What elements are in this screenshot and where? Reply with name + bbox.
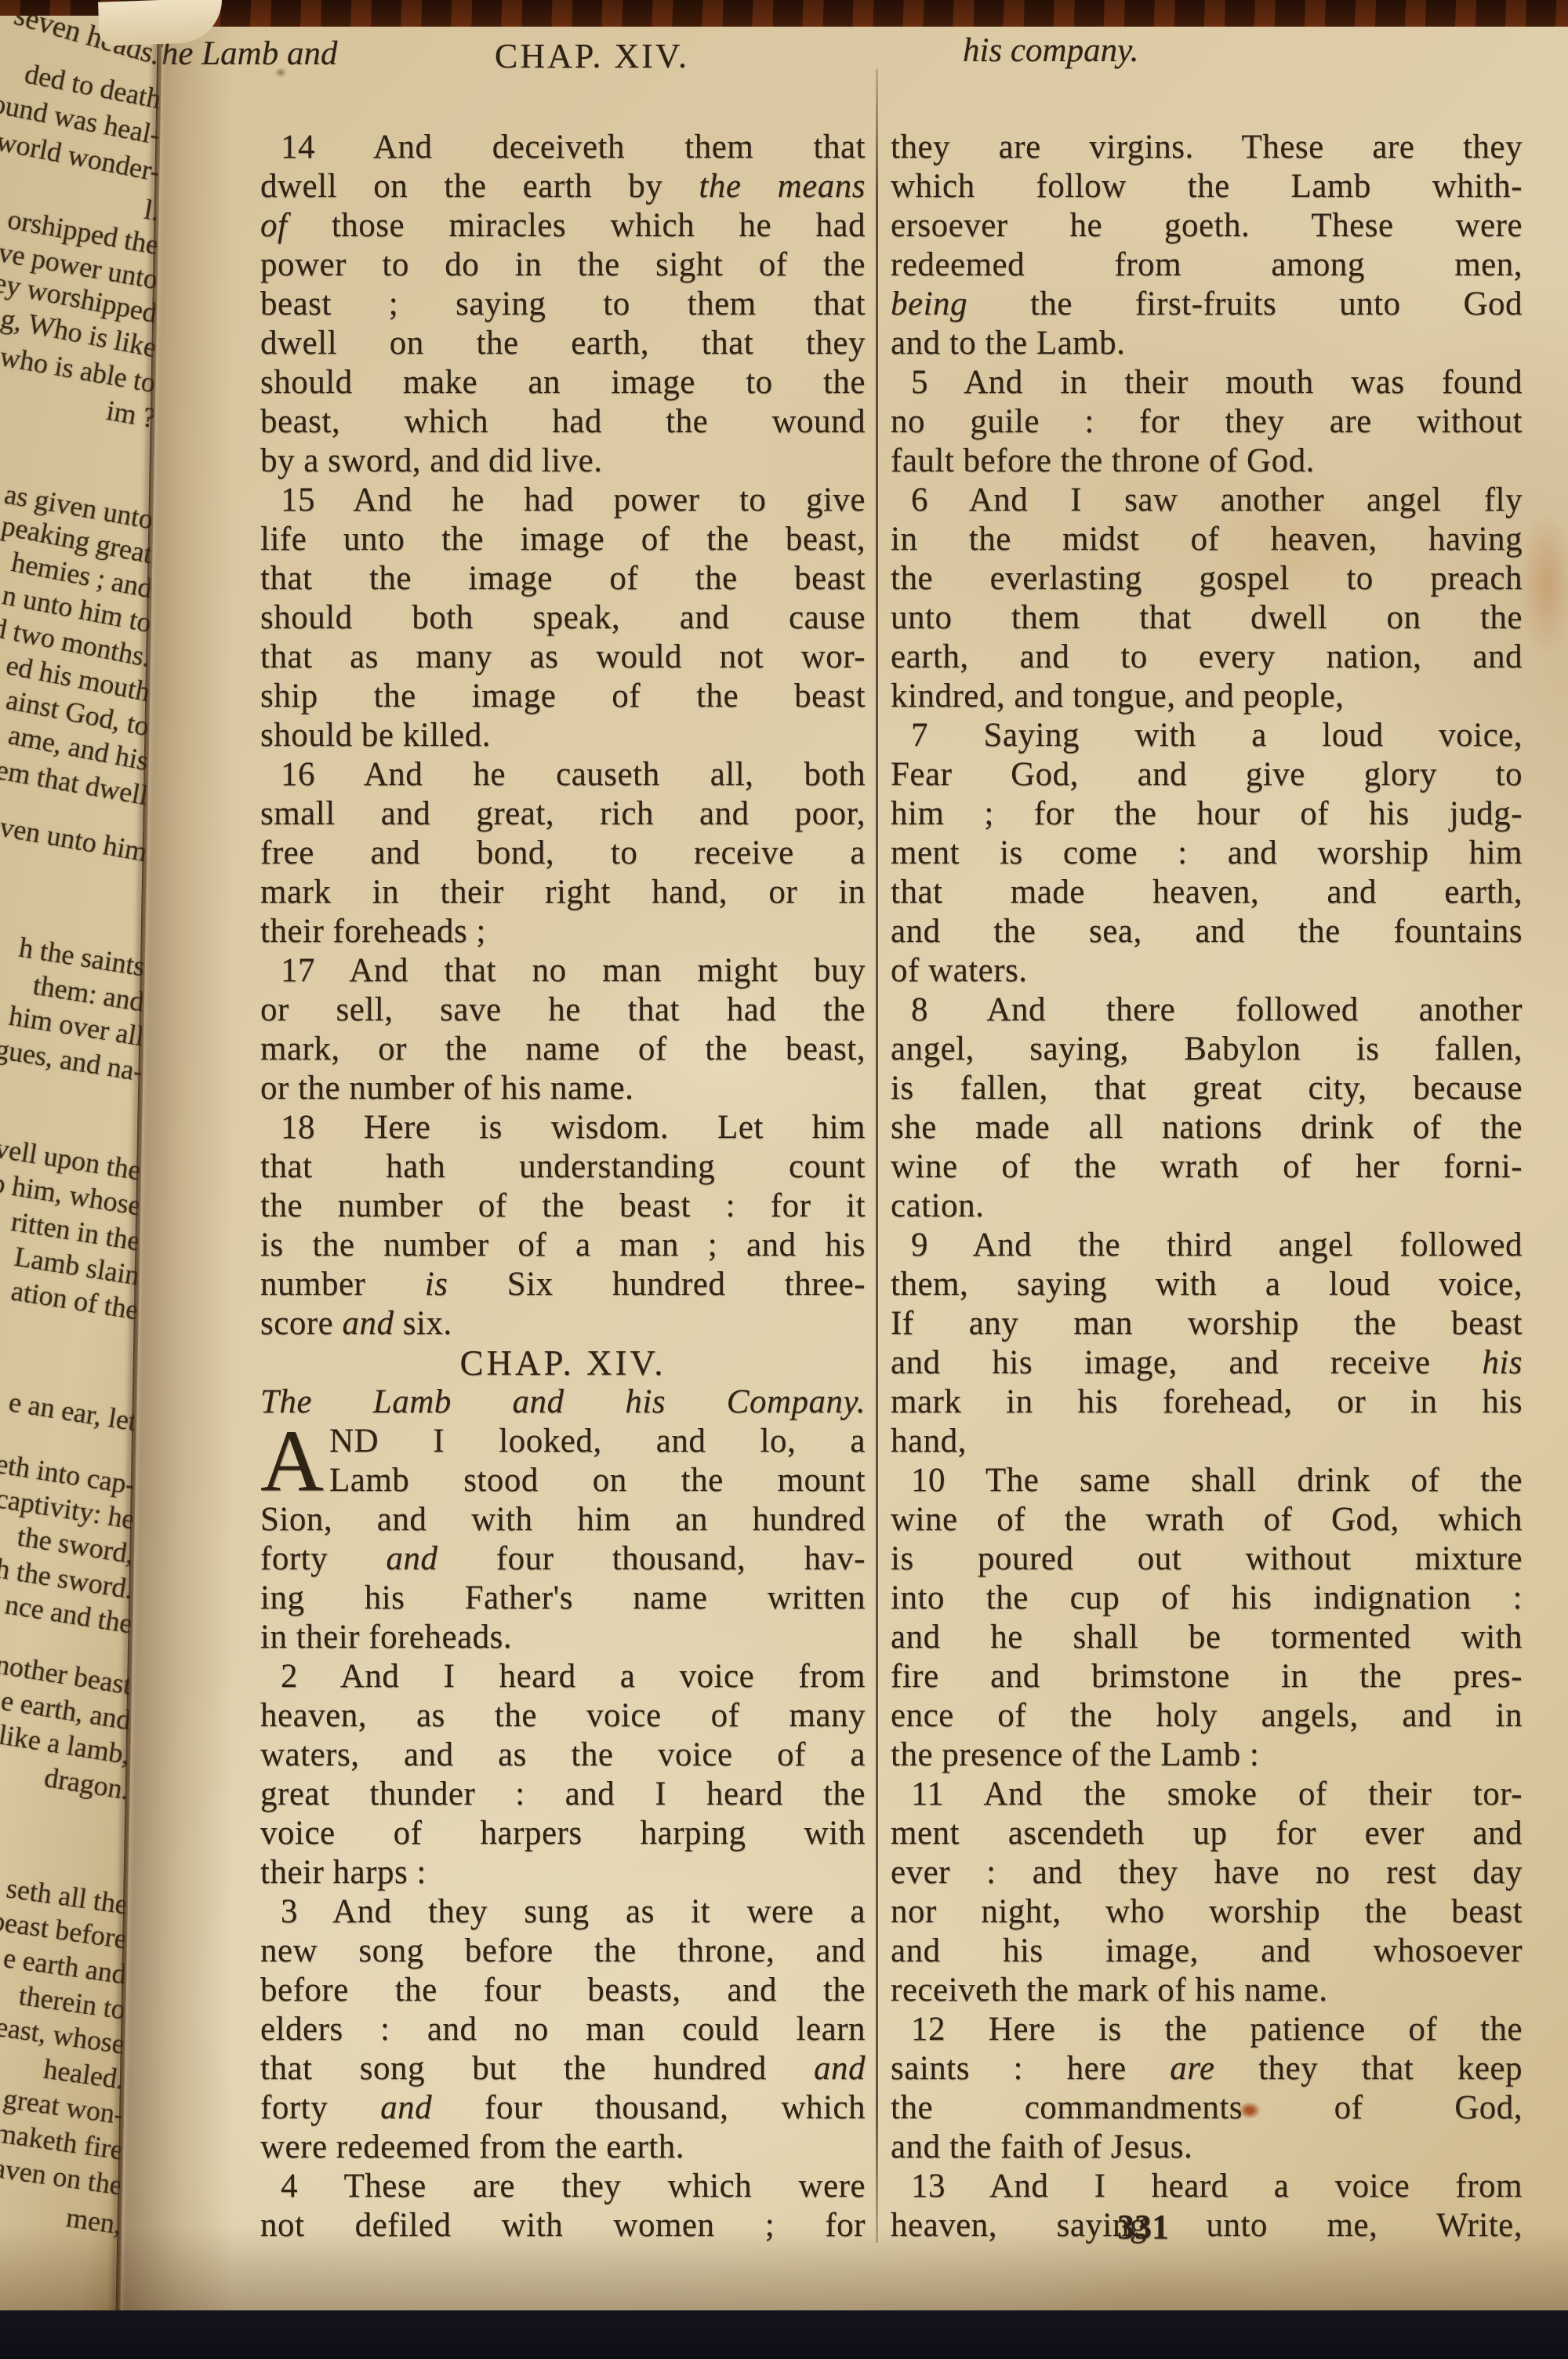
text-line: should both speak, and cause	[260, 598, 866, 638]
text-line: the everlasting gospel to preach	[891, 559, 1523, 598]
text-line: mark in his forehead, or in his	[891, 1383, 1523, 1422]
text-line: free and bond, to receive a	[260, 834, 866, 873]
text-line: 3 And they sung as it were a	[260, 1892, 866, 1932]
text-line: If any man worship the beast	[891, 1304, 1523, 1343]
drop-cap-letter: A	[260, 1423, 324, 1499]
verse-paragraph: 11 And the smoke of their tor-ment ascen…	[891, 1775, 1523, 2010]
text-line: wine of the wrath of her forni-	[891, 1147, 1523, 1187]
text-line: receiveth the mark of his name.	[891, 1971, 1523, 2010]
text-line: and to the Lamb.	[891, 324, 1523, 363]
text-line: or the number of his name.	[260, 1069, 866, 1108]
text-line: she made all nations drink of the	[891, 1108, 1523, 1147]
text-line: and the sea, and the fountains	[891, 912, 1523, 951]
text-line: 12 Here is the patience of the	[891, 2010, 1523, 2049]
text-line: number is Six hundred three-	[260, 1265, 866, 1304]
text-line: ence of the holy angels, and in	[891, 1696, 1523, 1736]
text-line: that as many as would not wor-	[260, 638, 866, 677]
text-line: is poured out without mixture	[891, 1539, 1523, 1579]
verse-paragraph: they are virgins. These are theywhich fo…	[891, 128, 1523, 363]
text-line: 16 And he causeth all, both	[260, 755, 866, 794]
left-text-column: 14 And deceiveth them thatdwell on the e…	[260, 128, 866, 2245]
bible-page: The Lamb and CHAP. XIV. his company. 14 …	[116, 27, 1568, 2314]
text-line: and his image, and whosoever	[891, 1932, 1523, 1971]
text-line: score and six.	[260, 1304, 866, 1343]
text-line: ship the image of the beast	[260, 677, 866, 716]
photo-bottom-dark-band	[0, 2310, 1568, 2359]
text-line: of waters.	[891, 951, 1523, 990]
text-line: their harps :	[260, 1853, 866, 1892]
text-line: being the first-fruits unto God	[891, 285, 1523, 324]
text-line: fire and brimstone in the pres-	[891, 1657, 1523, 1696]
text-line: 6 And I saw another angel fly	[891, 481, 1523, 520]
text-line: small and great, rich and poor,	[260, 794, 866, 834]
verse-paragraph: ND I looked, and lo, aLamb stood on the …	[260, 1422, 866, 1500]
text-line: heaven, as the voice of many	[260, 1696, 866, 1736]
text-line: angel, saying, Babylon is fallen,	[891, 1030, 1523, 1069]
verse-paragraph: 14 And deceiveth them thatdwell on the e…	[260, 128, 866, 481]
running-header-right: his company.	[963, 31, 1139, 70]
text-line: waters, and as the voice of a	[260, 1736, 866, 1775]
text-line: Fear God, and give glory to	[891, 755, 1523, 794]
text-line: 2 And I heard a voice from	[260, 1657, 866, 1696]
text-line: and he shall be tormented with	[891, 1618, 1523, 1657]
text-line: 10 The same shall drink of the	[891, 1461, 1523, 1500]
verse-1-continued: Sion, and with him an hundredforty and f…	[260, 1500, 866, 1657]
verse-1-indented-lines: ND I looked, and lo, aLamb stood on the …	[260, 1422, 866, 1500]
text-line: no guile : for they are without	[891, 402, 1523, 442]
text-line: cation.	[891, 1187, 1523, 1226]
text-line: 11 And the smoke of their tor-	[891, 1775, 1523, 1814]
verses-2-3: 2 And I heard a voice fromheaven, as the…	[260, 1657, 866, 2167]
text-line: elders : and no man could learn	[260, 2010, 866, 2049]
text-line: him ; for the hour of his judg-	[891, 794, 1523, 834]
text-line: 7 Saying with a loud voice,	[891, 716, 1523, 755]
verse-paragraph: 18 Here is wisdom. Let himthat hath unde…	[260, 1108, 866, 1343]
chapter-subtitle: The Lamb and his Company.	[260, 1383, 866, 1422]
text-line: ever : and they have no rest day	[891, 1853, 1523, 1892]
text-line: beast ; saying to them that	[260, 285, 866, 324]
text-line: that the image of the beast	[260, 559, 866, 598]
page-bottom-shadow	[0, 2226, 1568, 2312]
text-line: dwell on the earth, that they	[260, 324, 866, 363]
text-line: the number of the beast : for it	[260, 1187, 866, 1226]
margin-text-fragment: e an ear, let	[6, 1385, 139, 1438]
text-line: earth, and to every nation, and	[891, 638, 1523, 677]
text-line: that made heaven, and earth,	[891, 873, 1523, 912]
text-line: saints : here are they that keep	[891, 2049, 1523, 2088]
chapter-heading: CHAP. XIV.	[260, 1343, 866, 1383]
text-line: 4 These are they which were	[260, 2167, 866, 2206]
text-line: that song but the hundred and	[260, 2049, 866, 2088]
verse-paragraph: 17 And that no man might buyor sell, sav…	[260, 951, 866, 1108]
text-line: forty and four thousand, which	[260, 2088, 866, 2128]
text-line: their foreheads ;	[260, 912, 866, 951]
text-line: 14 And deceiveth them that	[260, 128, 866, 167]
text-line: ND I looked, and lo, a	[329, 1422, 866, 1461]
text-line: of those miracles which he had	[260, 206, 866, 245]
text-line: ment ascendeth up for ever and	[891, 1814, 1523, 1853]
text-line: ersoever he goeth. These were	[891, 206, 1523, 245]
text-line: great thunder : and I heard the	[260, 1775, 866, 1814]
text-line: and the faith of Jesus.	[891, 2128, 1523, 2167]
text-line: should be killed.	[260, 716, 866, 755]
text-line: should make an image to the	[260, 363, 866, 402]
text-line: fault before the throne of God.	[891, 442, 1523, 481]
text-line: 18 Here is wisdom. Let him	[260, 1108, 866, 1147]
text-line: or sell, save he that had the	[260, 990, 866, 1030]
text-line: they are virgins. These are they	[891, 128, 1523, 167]
verse-paragraph: 15 And he had power to givelife unto the…	[260, 481, 866, 755]
text-line: Lamb stood on the mount	[329, 1461, 866, 1500]
text-line: ment is come : and worship him	[891, 834, 1523, 873]
text-line: is fallen, that great city, because	[891, 1069, 1523, 1108]
text-line: life unto the image of the beast,	[260, 520, 866, 559]
text-line: 13 And I heard a voice from	[891, 2167, 1523, 2206]
paper-stain	[1519, 513, 1568, 654]
text-line: 17 And that no man might buy	[260, 951, 866, 990]
text-line: and his image, and receive his	[891, 1343, 1523, 1383]
book-page-photo: seven heads.ded to deathound was heal-wo…	[0, 0, 1568, 2359]
verse-paragraph: 12 Here is the patience of thesaints : h…	[891, 2010, 1523, 2167]
text-line: nor night, who worship the beast	[891, 1892, 1523, 1932]
text-line: is the number of a man ; and his	[260, 1226, 866, 1265]
text-line: by a sword, and did live.	[260, 442, 866, 481]
text-line: beast, which had the wound	[260, 402, 866, 442]
verse-paragraph: 3 And they sung as it were anew song bef…	[260, 1892, 866, 2167]
text-line: 5 And in their mouth was found	[891, 363, 1523, 402]
verses-4-12: they are virgins. These are theywhich fo…	[891, 128, 1523, 2167]
text-line: hand,	[891, 1422, 1523, 1461]
text-line: the commandments of God,	[891, 2088, 1523, 2128]
running-header-chapter: CHAP. XIV.	[463, 36, 721, 76]
verse-paragraph: 2 And I heard a voice fromheaven, as the…	[260, 1657, 866, 1892]
text-line: the presence of the Lamb :	[891, 1736, 1523, 1775]
text-line: new song before the throne, and	[260, 1932, 866, 1971]
verse-paragraph: 16 And he causeth all, bothsmall and gre…	[260, 755, 866, 951]
text-line: 15 And he had power to give	[260, 481, 866, 520]
text-line: mark in their right hand, or in	[260, 873, 866, 912]
text-line: them, saying with a loud voice,	[891, 1265, 1523, 1304]
text-line: in their foreheads.	[260, 1618, 866, 1657]
text-line: which follow the Lamb whith-	[891, 167, 1523, 206]
text-line: in the midst of heaven, having	[891, 520, 1523, 559]
text-line: redeemed from among men,	[891, 245, 1523, 285]
text-line: that hath understanding count	[260, 1147, 866, 1187]
verses-14-18: 14 And deceiveth them thatdwell on the e…	[260, 128, 866, 1343]
column-divider-rule	[876, 69, 878, 2243]
text-line: Sion, and with him an hundred	[260, 1500, 866, 1539]
text-line: into the cup of his indignation :	[891, 1579, 1523, 1618]
text-line: kindred, and tongue, and people,	[891, 677, 1523, 716]
verse-paragraph: 8 And there followed anotherangel, sayin…	[891, 990, 1523, 1226]
text-line: unto them that dwell on the	[891, 598, 1523, 638]
text-line: ing his Father's name written	[260, 1579, 866, 1618]
text-line: mark, or the name of the beast,	[260, 1030, 866, 1069]
right-text-column: they are virgins. These are theywhich fo…	[891, 128, 1523, 2245]
text-line: 8 And there followed another	[891, 990, 1523, 1030]
text-line: forty and four thousand, hav-	[260, 1539, 866, 1579]
text-line: were redeemed from the earth.	[260, 2128, 866, 2167]
text-line: power to do in the sight of the	[260, 245, 866, 285]
verse-1-dropcap-block: A ND I looked, and lo, aLamb stood on th…	[260, 1422, 866, 1500]
text-line: 9 And the third angel followed	[891, 1226, 1523, 1265]
verse-paragraph: 10 The same shall drink of thewine of th…	[891, 1461, 1523, 1775]
verse-paragraph: 7 Saying with a loud voice,Fear God, and…	[891, 716, 1523, 990]
margin-text-fragment: ven unto him	[0, 810, 150, 868]
text-line: wine of the wrath of God, which	[891, 1500, 1523, 1539]
verse-paragraph: 6 And I saw another angel flyin the mids…	[891, 481, 1523, 716]
verse-paragraph: 5 And in their mouth was foundno guile :…	[891, 363, 1523, 481]
text-line: before the four beasts, and the	[260, 1971, 866, 2010]
text-line: dwell on the earth by the means	[260, 167, 866, 206]
verse-paragraph: 9 And the third angel followedthem, sayi…	[891, 1226, 1523, 1461]
verse-paragraph: Sion, and with him an hundredforty and f…	[260, 1500, 866, 1657]
text-line: voice of harpers harping with	[260, 1814, 866, 1853]
